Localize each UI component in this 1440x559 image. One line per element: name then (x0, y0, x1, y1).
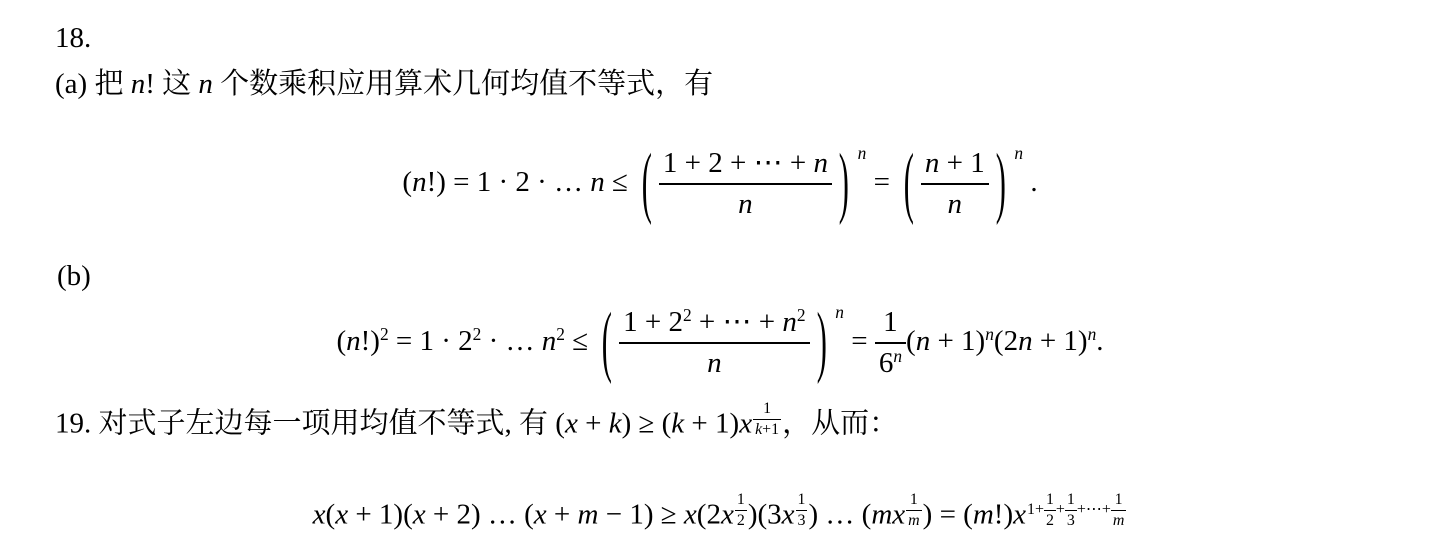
math-text: = 1 · 2 (389, 325, 473, 357)
math-fraction: 1 + 2 + ⋯ + nn (659, 147, 832, 222)
math-text: 1 (798, 491, 806, 508)
fraction-denominator: k+1 (753, 419, 781, 439)
fraction-numerator: 1 (735, 491, 747, 510)
fraction-numerator: 1 (796, 491, 808, 510)
math-fraction: 1m (1111, 491, 1127, 531)
math-text: ( (336, 325, 346, 357)
fraction-denominator: n (619, 342, 809, 380)
math-text: (a) (55, 68, 94, 100)
math-text: 2 (737, 512, 745, 529)
math-text: 1 + 2 (623, 306, 683, 338)
cjk-text: 这 (162, 68, 198, 100)
math-text: ≤ (605, 166, 635, 198)
math-text: 3 (798, 512, 806, 529)
math-text: !) (994, 498, 1013, 530)
math-fraction: 1 + 22 + ⋯ + n2n (619, 306, 809, 381)
math-variable: n (858, 143, 867, 163)
math-text: . (1023, 166, 1038, 198)
math-variable: k (609, 407, 622, 439)
math-fraction: 1m (906, 491, 922, 531)
math-variable: x (739, 407, 752, 439)
math-variable: m (973, 498, 994, 530)
formula-b: (n!)2 = 1 · 22 · … n2 ≤ (1 + 22 + ⋯ + n2… (336, 304, 1103, 381)
math-fraction: n + 1n (921, 147, 989, 222)
math-text: + 1) (930, 325, 985, 357)
document-page: { "page": { "background": "#ffffff", "te… (0, 0, 1440, 559)
formula-b-row: (n!)2 = 1 · 22 · … n2 ≤ (1 + 22 + ⋯ + n2… (0, 290, 1440, 394)
math-variable: n (948, 188, 963, 220)
math-variable: x (413, 498, 426, 530)
fraction-numerator: 1 (1111, 491, 1127, 510)
math-fraction: 13 (796, 491, 808, 531)
math-variable: n (893, 346, 902, 366)
math-text: !) = 1 · 2 · … (427, 166, 591, 198)
math-text: + 1 (939, 147, 984, 179)
math-variable: m (578, 498, 599, 530)
math-superscript: 2 (380, 324, 389, 344)
math-text: 1+ (1027, 501, 1044, 518)
math-text: (2 (697, 498, 721, 530)
math-variable: n (835, 302, 844, 322)
math-text: ) ≥ ( (622, 407, 672, 439)
math-text: + 2) … ( (426, 498, 534, 530)
math-text: = (844, 325, 875, 357)
math-variable: x (782, 498, 795, 530)
math-superscript: 1+12+13+⋯+1m (1027, 501, 1126, 518)
math-text: !) (361, 325, 380, 357)
cjk-text: 把 (94, 68, 130, 100)
math-text: − 1) ≥ (598, 498, 683, 530)
math-variable: n (590, 166, 605, 198)
math-superscript: 13 (796, 501, 808, 518)
item-a-text-line: (a) 把 n! 这 n 个数乘积应用算术几何均值不等式，有 (55, 66, 713, 102)
math-text: ) = ( (923, 498, 973, 530)
math-fraction: 13 (1065, 491, 1077, 531)
math-text: + (1056, 501, 1065, 518)
math-variable: n (1018, 325, 1033, 357)
math-superscript: 2 (797, 305, 806, 325)
math-text: . (1096, 325, 1103, 357)
math-text: ( (555, 407, 565, 439)
math-text: + 1) (684, 407, 739, 439)
math-fraction: 12 (735, 491, 747, 531)
math-text: 6 (879, 347, 894, 379)
cjk-text: ，从而： (782, 407, 898, 439)
math-variable: n (412, 166, 427, 198)
formula-a: (n!) = 1 · 2 · … n ≤ (1 + 2 + ⋯ + nn)n =… (402, 145, 1037, 222)
math-text: ) … ( (808, 498, 871, 530)
math-variable: x (565, 407, 578, 439)
math-fraction: 1k+1 (753, 400, 781, 440)
math-superscript: n (1014, 143, 1023, 163)
math-variable: n (738, 188, 753, 220)
math-superscript: 12 (735, 501, 747, 518)
math-text: ( (906, 325, 916, 357)
math-text: 2 (380, 324, 389, 344)
item-19-text-line: 19. 对式子左边每一项用均值不等式, 有 (x + k) ≥ (k + 1)x… (55, 400, 898, 442)
item-18-number: 18. (55, 20, 91, 56)
math-big-paren: ( (904, 144, 914, 224)
math-text: 1 (1046, 491, 1054, 508)
fraction-numerator: 1 (875, 306, 906, 342)
fraction-numerator: 1 (1044, 491, 1056, 510)
formula-a-row: (n!) = 1 · 2 · … n ≤ (1 + 2 + ⋯ + nn)n =… (0, 135, 1440, 231)
formula-19-row: x(x + 1)(x + 2) … (x + m − 1) ≥ x(2x12)(… (0, 470, 1440, 554)
fraction-denominator: m (906, 510, 922, 530)
math-variable: n (985, 324, 994, 344)
math-text: 1 (910, 491, 918, 508)
math-variable: n (346, 325, 361, 357)
fraction-numerator: 1 (1065, 491, 1077, 510)
math-text: +⋯+ (1077, 501, 1111, 518)
math-superscript: n (835, 302, 844, 322)
math-text: + (578, 407, 609, 439)
math-text: + (547, 498, 578, 530)
math-text: ( (402, 166, 412, 198)
math-variable: n (1088, 324, 1097, 344)
fraction-denominator: 6n (875, 342, 906, 380)
math-variable: m (908, 512, 920, 529)
cjk-text: 有 (519, 407, 555, 439)
math-variable: m (1113, 512, 1125, 529)
cjk-text: 对式子左边每一项用均值不等式 (99, 407, 505, 439)
math-variable: n (131, 68, 146, 100)
math-text: 1 (763, 400, 771, 417)
math-text: + ⋯ + (692, 306, 783, 338)
math-variable: n (813, 147, 828, 179)
math-text: , (505, 407, 520, 439)
math-variable: x (721, 498, 734, 530)
math-variable: k (671, 407, 684, 439)
math-superscript: 1m (906, 501, 922, 518)
math-text: 3 (1067, 512, 1075, 529)
math-text: 1 (1067, 491, 1075, 508)
math-superscript: 2 (556, 324, 565, 344)
math-text: 2 (797, 305, 806, 325)
math-superscript: n (1088, 324, 1097, 344)
math-variable: n (198, 68, 213, 100)
fraction-numerator: n + 1 (921, 147, 989, 183)
math-variable: x (1013, 498, 1026, 530)
math-variable: n (542, 325, 557, 357)
math-text: 2 (1046, 512, 1054, 529)
math-variable: n (1014, 143, 1023, 163)
cjk-text: 个数乘积应用算术几何均值不等式，有 (213, 68, 713, 100)
fraction-denominator: 2 (735, 510, 747, 530)
item-b-label: (b) (57, 258, 91, 294)
math-text: (2 (994, 325, 1018, 357)
math-big-paren: ( (642, 144, 652, 224)
math-superscript: n (858, 143, 867, 163)
math-big-paren: ) (816, 303, 826, 383)
fraction-denominator: 2 (1044, 510, 1056, 530)
fraction-denominator: 3 (796, 510, 808, 530)
math-variable: mx (871, 498, 905, 530)
math-variable: n (707, 347, 722, 379)
math-variable: x (335, 498, 348, 530)
math-variable: n (925, 147, 940, 179)
math-big-paren: ( (602, 303, 612, 383)
math-text: 2 (683, 305, 692, 325)
math-text: = (866, 166, 897, 198)
math-text: ! (145, 68, 162, 100)
math-fraction: 12 (1044, 491, 1056, 531)
math-variable: x (313, 498, 326, 530)
math-variable: n (916, 325, 931, 357)
math-text: 1 + 2 + ⋯ + (663, 147, 814, 179)
fraction-numerator: 1 (753, 400, 781, 419)
math-text: 1 (737, 491, 745, 508)
math-text: 2 (556, 324, 565, 344)
math-superscript: n (985, 324, 994, 344)
fraction-denominator: 3 (1065, 510, 1077, 530)
fraction-denominator: m (1111, 510, 1127, 530)
math-text: 19. (55, 407, 99, 439)
math-text: + 1) (1033, 325, 1088, 357)
math-variable: x (684, 498, 697, 530)
math-text: · … (481, 325, 541, 357)
fraction-numerator: 1 + 2 + ⋯ + n (659, 147, 832, 183)
math-variable: n (782, 306, 797, 338)
math-fraction: 16n (875, 306, 906, 381)
fraction-denominator: n (659, 183, 832, 221)
math-text: ( (326, 498, 336, 530)
fraction-numerator: 1 (906, 491, 922, 510)
math-superscript: n (893, 346, 902, 366)
math-superscript: 2 (683, 305, 692, 325)
fraction-numerator: 1 + 22 + ⋯ + n2 (619, 306, 809, 342)
math-text: ≤ (565, 325, 595, 357)
math-big-paren: ) (995, 144, 1005, 224)
math-big-paren: ) (839, 144, 849, 224)
formula-19: x(x + 1)(x + 2) … (x + m − 1) ≥ x(2x12)(… (313, 491, 1128, 534)
math-variable: x (534, 498, 547, 530)
math-text: + 1)( (348, 498, 413, 530)
math-text: +1 (762, 421, 779, 438)
math-superscript: 1k+1 (753, 411, 781, 428)
fraction-denominator: n (921, 183, 989, 221)
math-text: )(3 (748, 498, 782, 530)
math-text: 1 (1115, 491, 1123, 508)
math-text: 1 (883, 306, 898, 338)
